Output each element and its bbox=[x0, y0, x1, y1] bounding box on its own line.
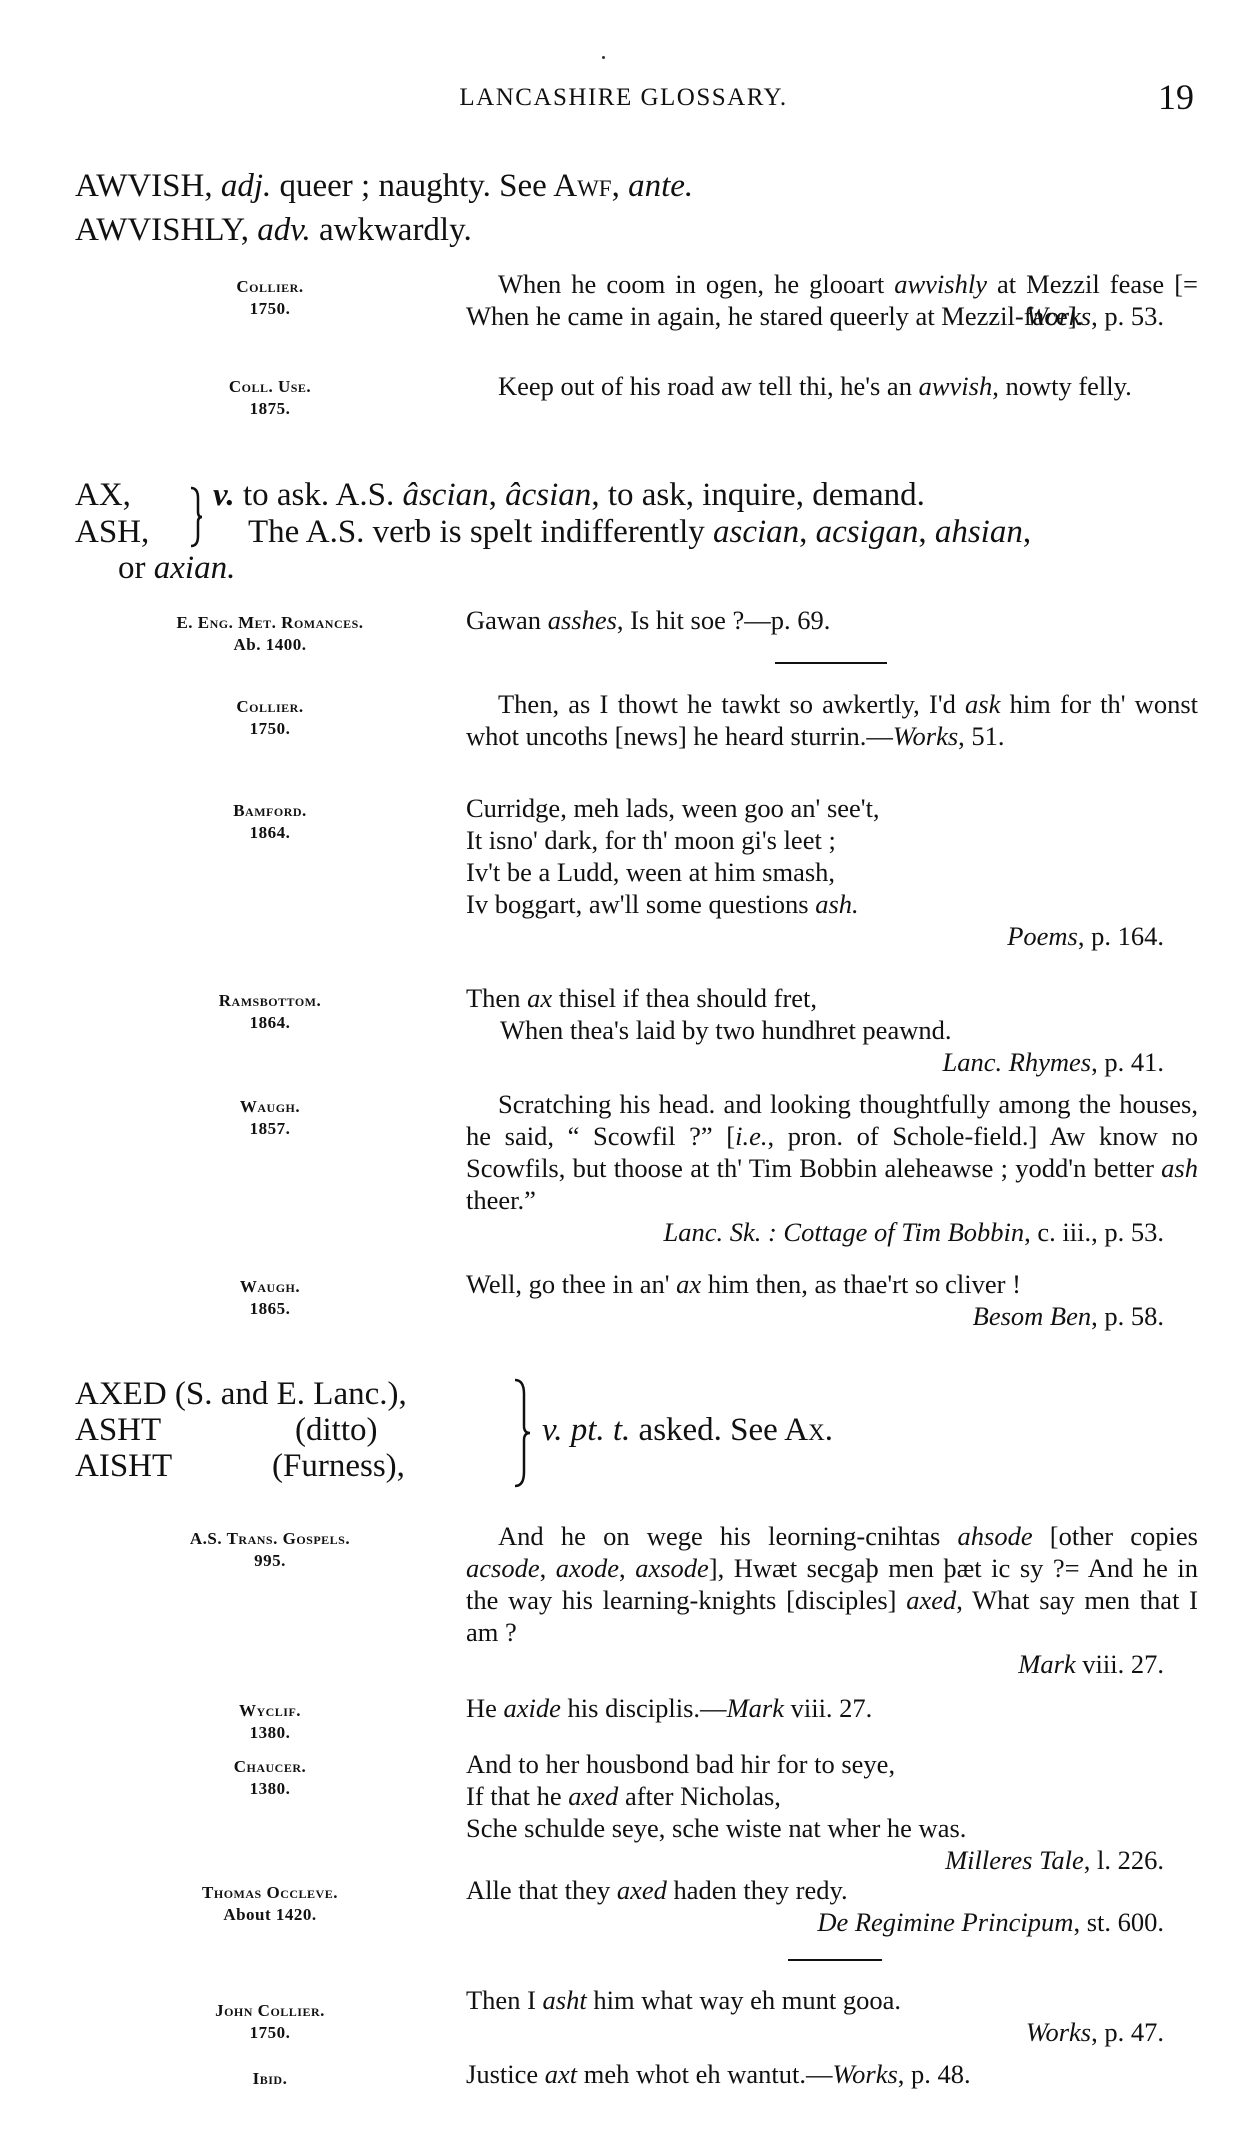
quotation: Scratching his head. and looking thought… bbox=[466, 1088, 1198, 1248]
quotation: Gawan asshes, Is hit soe ?—p. 69. bbox=[466, 604, 1198, 636]
headword-awvishly: AWVISHLY, adv. awkwardly. bbox=[75, 212, 472, 248]
quotation: And to her housbond bad hir for to seye,… bbox=[466, 1748, 1198, 1876]
source-label: Bamford. 1864. bbox=[150, 800, 390, 844]
source-label: Thomas Occleve. About 1420. bbox=[130, 1882, 410, 1926]
headword-aisht-note: (Furness), bbox=[272, 1448, 405, 1484]
headword-axed: AXED (S. and E. Lanc.), bbox=[75, 1376, 407, 1412]
quotation: When he coom in ogen, he glooart awvishl… bbox=[466, 268, 1198, 332]
source-label: Wyclif. 1380. bbox=[150, 1700, 390, 1744]
quotation: Keep out of his road aw tell thi, he's a… bbox=[466, 370, 1198, 402]
quotation: Alle that they axed haden they redy. De … bbox=[466, 1874, 1198, 1938]
stray-mark bbox=[602, 56, 605, 59]
headword-asht-note: (ditto) bbox=[295, 1412, 377, 1448]
source-label: Collier. 1750. bbox=[150, 276, 390, 320]
source-label: Coll. Use. 1875. bbox=[150, 376, 390, 420]
source-label: E. Eng. Met. Romances. Ab. 1400. bbox=[95, 612, 445, 656]
headword-awvish: AWVISH, adj. queer ; naughty. See Awf, a… bbox=[75, 168, 693, 204]
source-label: Chaucer. 1380. bbox=[150, 1756, 390, 1800]
definition-ax-2: The A.S. verb is spelt indifferently asc… bbox=[248, 514, 1031, 550]
running-head: LANCASHIRE GLOSSARY. bbox=[0, 84, 1247, 112]
quotation: Then, as I thowt he tawkt so awkertly, I… bbox=[466, 688, 1198, 752]
brace-icon bbox=[188, 486, 204, 548]
page-number: 19 bbox=[1158, 76, 1194, 118]
quotation: Then ax thisel if thea should fret, When… bbox=[466, 982, 1198, 1078]
source-label: A.S. Trans. Gospels. 995. bbox=[110, 1528, 430, 1572]
definition-ax-3: or axian. bbox=[118, 550, 235, 586]
section-rule bbox=[775, 662, 887, 664]
quotation: And he on wege his leorning-cnihtas ahso… bbox=[466, 1520, 1198, 1680]
definition-axed: v. pt. t. asked. See Ax. bbox=[542, 1412, 833, 1448]
quotation: Then I asht him what way eh munt gooa. W… bbox=[466, 1984, 1198, 2048]
source-label: Ramsbottom. 1864. bbox=[150, 990, 390, 1034]
headword-aisht: AISHT bbox=[75, 1448, 172, 1484]
quotation: Well, go thee in an' ax him then, as tha… bbox=[466, 1268, 1198, 1332]
source-label: Waugh. 1857. bbox=[150, 1096, 390, 1140]
source-label: Ibid. bbox=[150, 2068, 390, 2090]
brace-icon bbox=[512, 1378, 532, 1488]
headword-ash: ASH, bbox=[75, 514, 149, 550]
quotation: Justice axt meh whot eh wantut.—Works, p… bbox=[466, 2058, 1198, 2090]
quotation: He axide his disciplis.—Mark viii. 27. bbox=[466, 1692, 1198, 1724]
source-label: Waugh. 1865. bbox=[150, 1276, 390, 1320]
definition-ax: v. to ask. A.S. âscian, âcsian, to ask, … bbox=[213, 477, 1203, 513]
section-rule bbox=[788, 1959, 882, 1961]
source-label: John Collier. 1750. bbox=[150, 2000, 390, 2044]
quotation: Curridge, meh lads, ween goo an' see't, … bbox=[466, 792, 1198, 952]
headword-asht: ASHT bbox=[75, 1412, 161, 1448]
headword-ax: AX, bbox=[75, 477, 131, 513]
source-label: Collier. 1750. bbox=[150, 696, 390, 740]
